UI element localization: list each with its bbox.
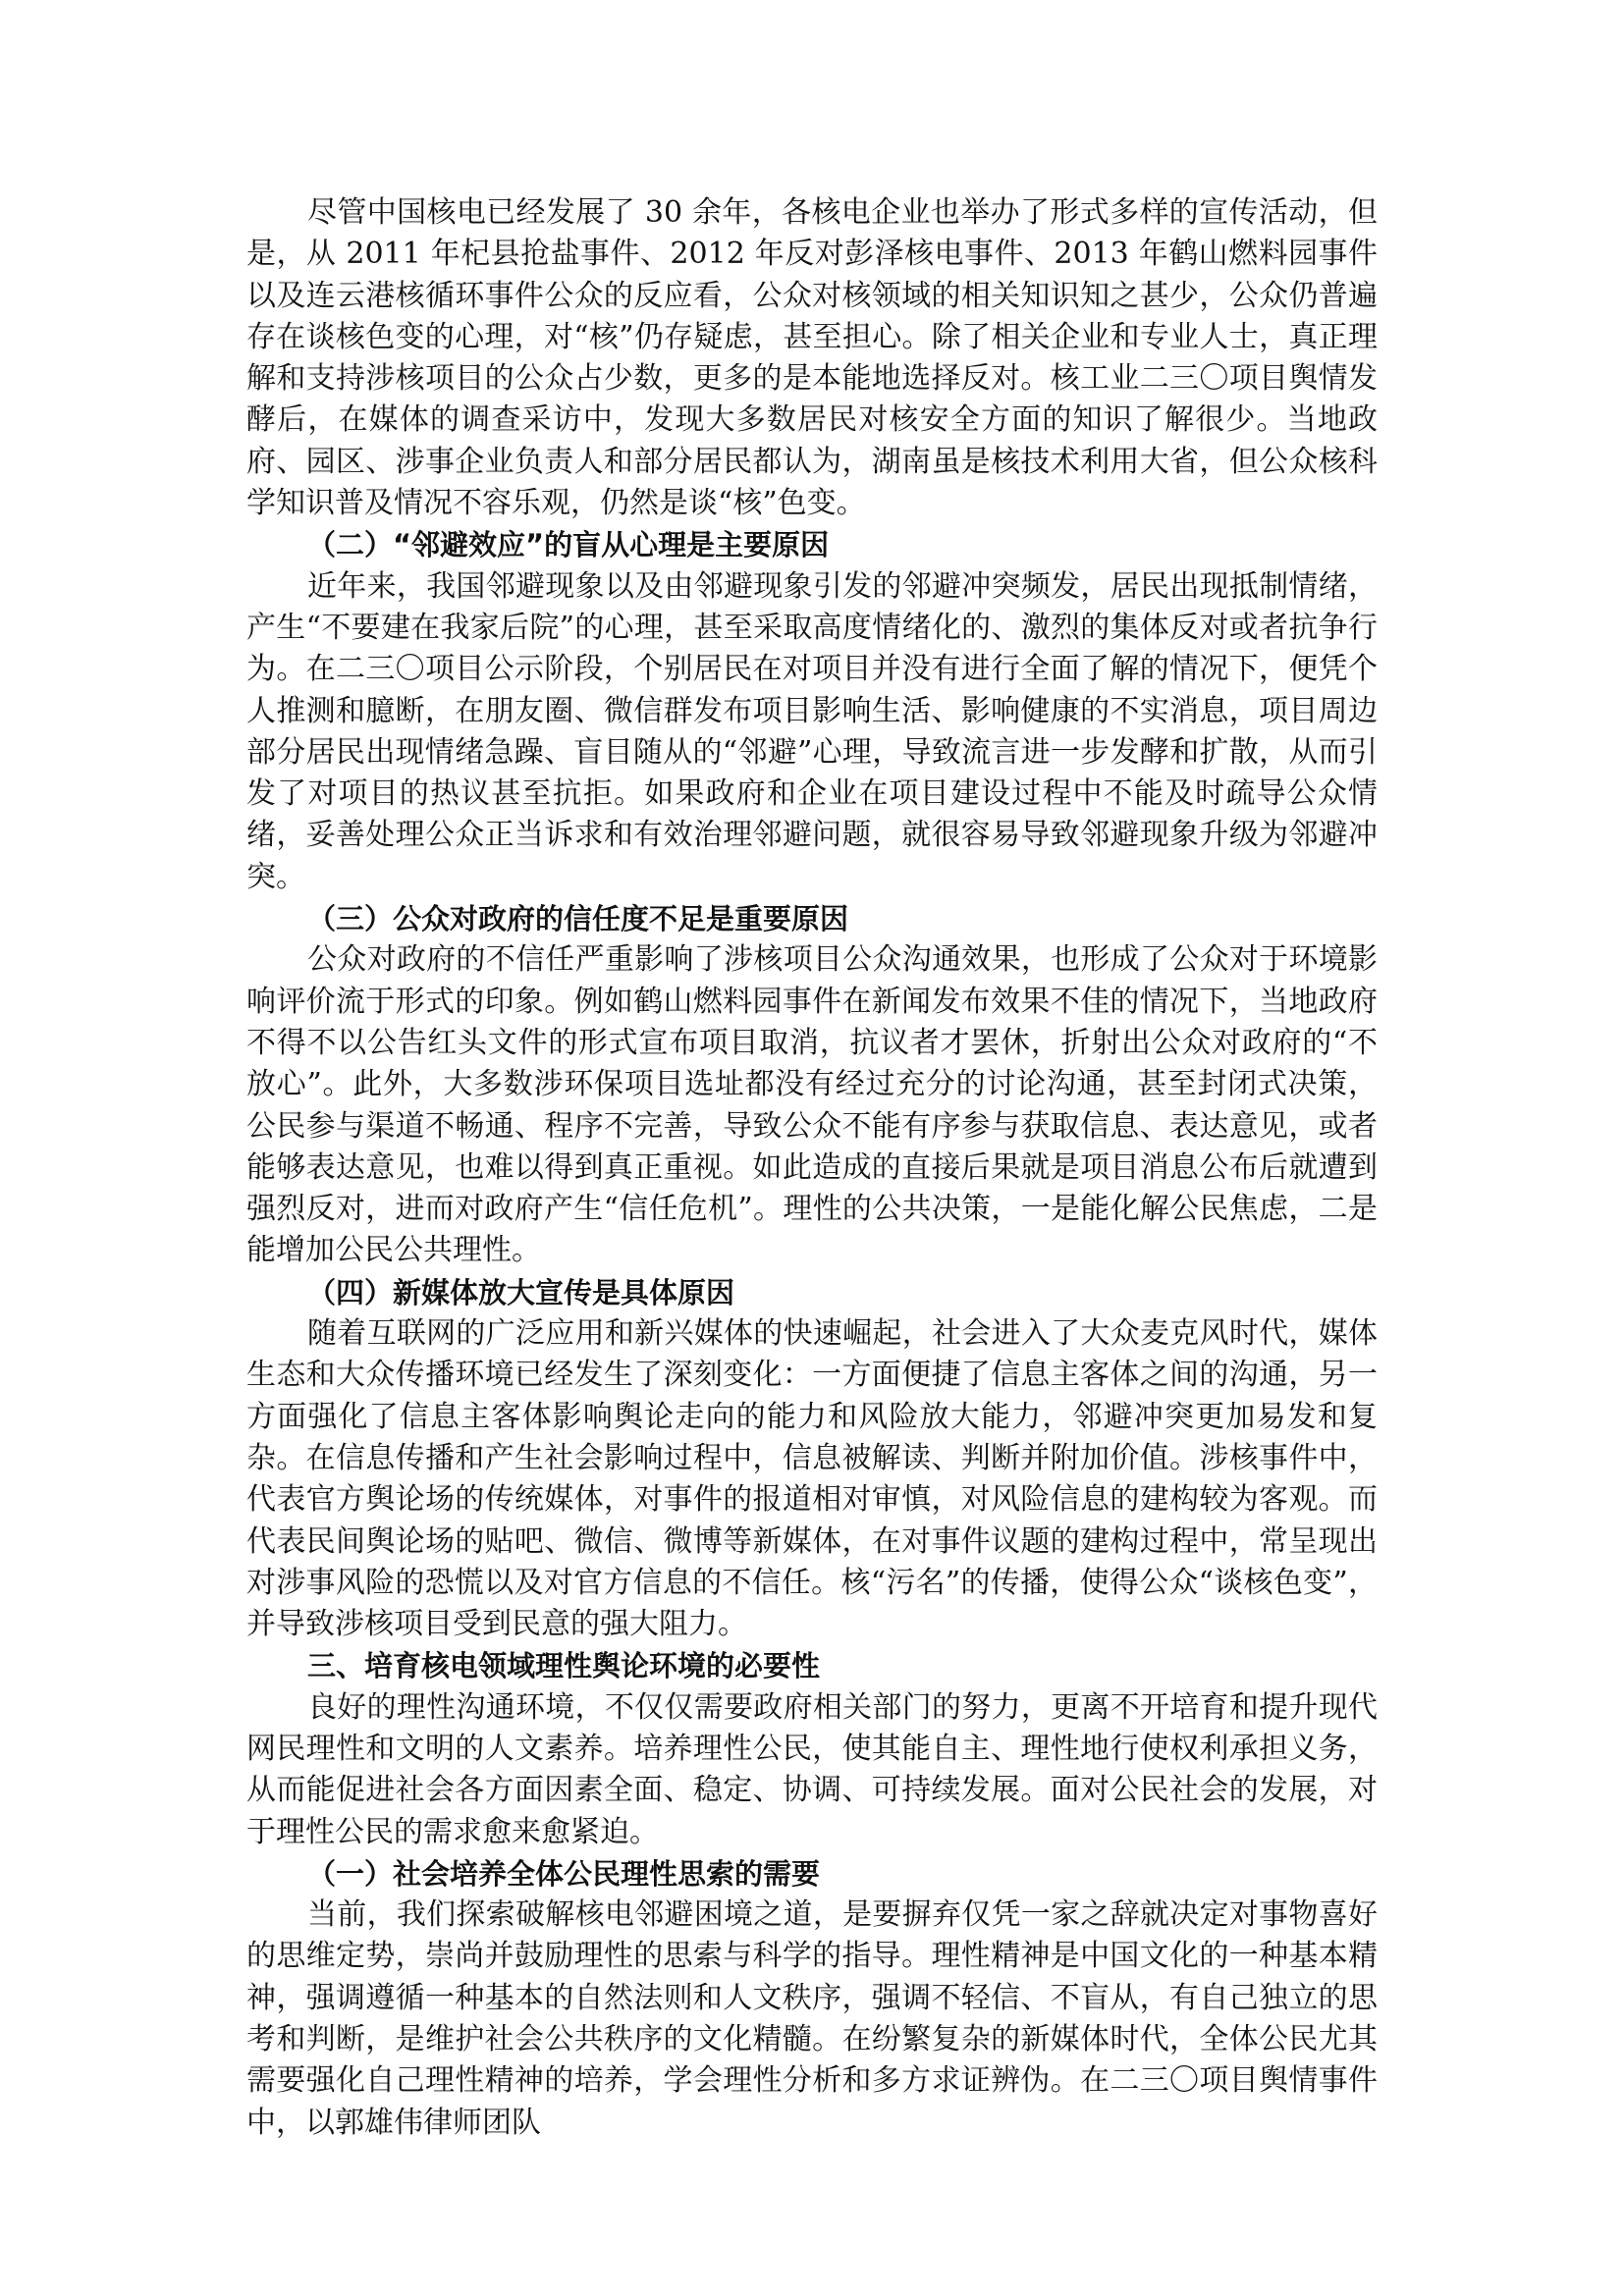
section-heading-rational-thinking: （一）社会培养全体公民理性思索的需要	[246, 1853, 1378, 1895]
paragraph-government-trust: 公众对政府的不信任严重影响了涉核项目公众沟通效果，也形成了公众对于环境影响评价流…	[246, 939, 1378, 1271]
paragraph-nimby: 近年来，我国邻避现象以及由邻避现象引发的邻避冲突频发，居民出现抵制情绪，产生“不…	[246, 566, 1378, 898]
section-heading-government-trust: （三）公众对政府的信任度不足是重要原因	[246, 898, 1378, 939]
section-heading-new-media: （四）新媒体放大宣传是具体原因	[246, 1272, 1378, 1313]
section-heading-rational-environment: 三、培育核电领域理性舆论环境的必要性	[246, 1645, 1378, 1686]
paragraph-nuclear-awareness: 尽管中国核电已经发展了 30 余年，各核电企业也举办了形式多样的宣传活动，但是，…	[246, 192, 1378, 524]
document-page: 尽管中国核电已经发展了 30 余年，各核电企业也举办了形式多样的宣传活动，但是，…	[246, 192, 1378, 2144]
section-heading-nimby-effect: （二）“邻避效应”的盲从心理是主要原因	[246, 524, 1378, 565]
paragraph-new-media: 随着互联网的广泛应用和新兴媒体的快速崛起，社会进入了大众麦克风时代，媒体生态和大…	[246, 1313, 1378, 1645]
paragraph-rational-thinking: 当前，我们探索破解核电邻避困境之道，是要摒弃仅凭一家之辞就决定对事物喜好的思维定…	[246, 1895, 1378, 2144]
paragraph-rational-environment: 良好的理性沟通环境，不仅仅需要政府相关部门的努力，更离不开培育和提升现代网民理性…	[246, 1687, 1378, 1853]
